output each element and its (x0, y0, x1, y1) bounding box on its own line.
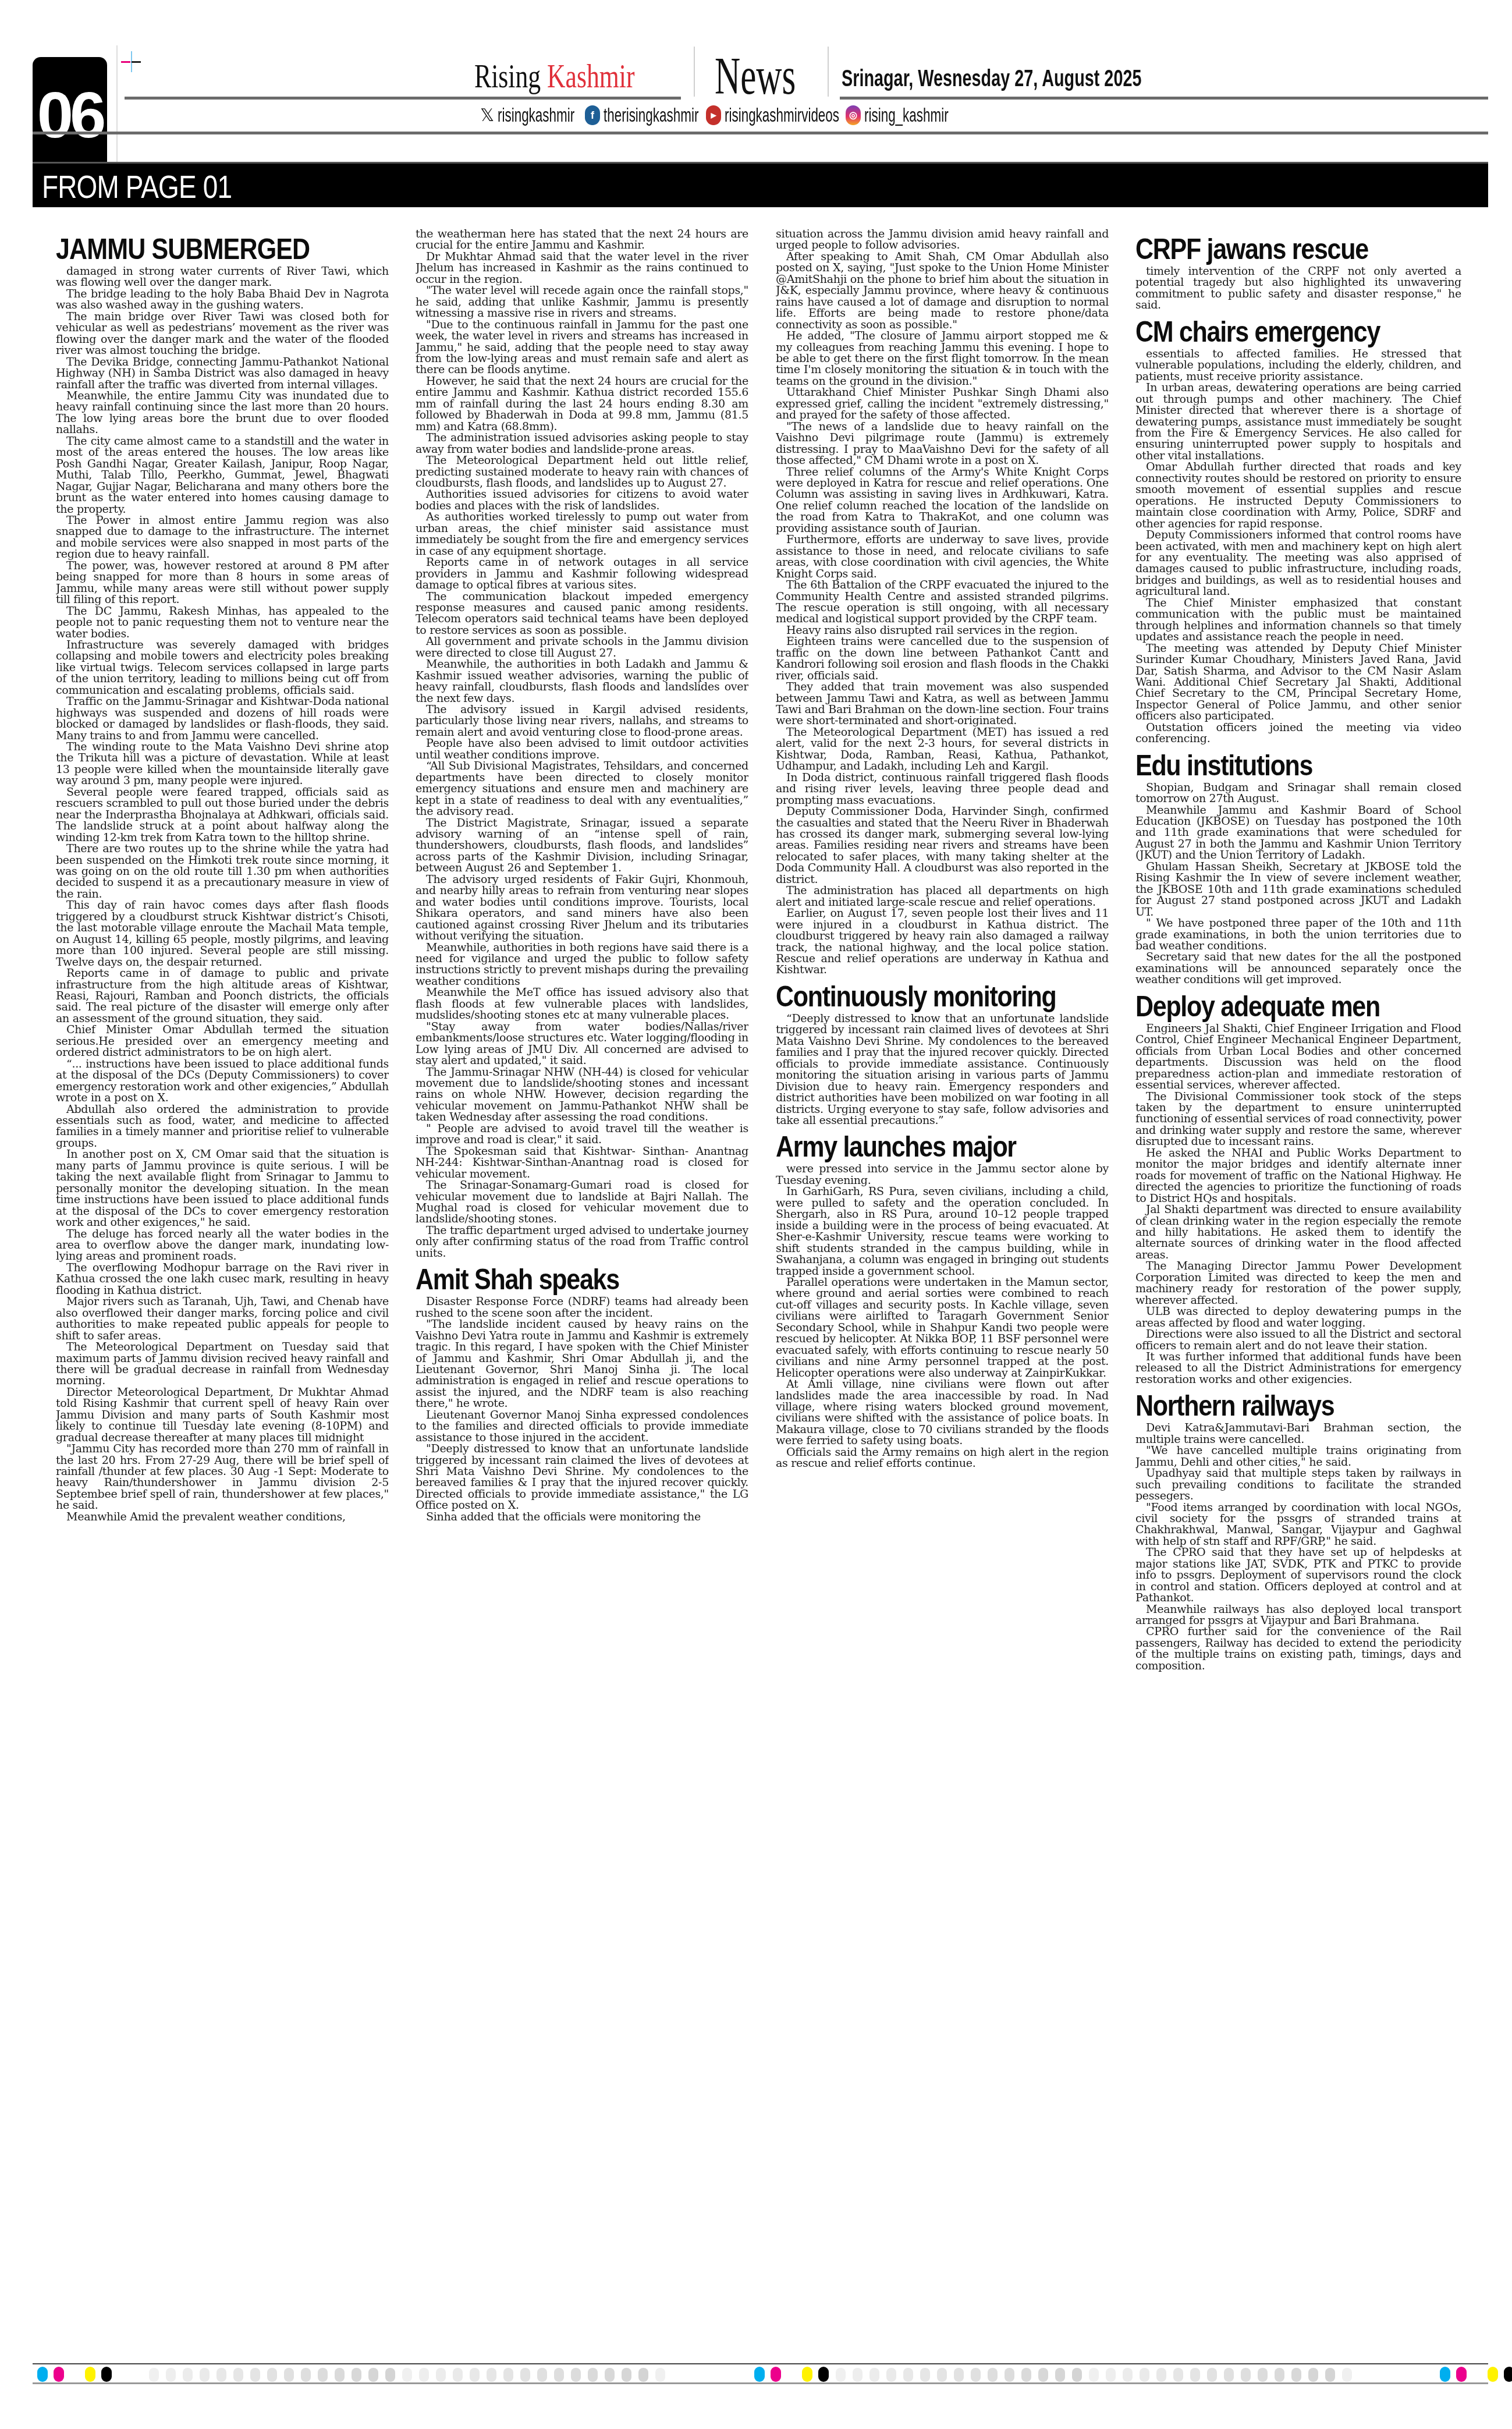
article-paragraph: "The water level will recede again once … (416, 285, 748, 318)
tint-patch (487, 2368, 496, 2382)
article-paragraph: Engineers Jal Shakti, Chief Engineer Irr… (1135, 1023, 1461, 1091)
color-patch (818, 2367, 829, 2382)
tint-patch (1224, 2368, 1234, 2382)
article-paragraph: "Jammu City has recorded more than 270 m… (56, 1443, 389, 1511)
article-headline: Army launches major (776, 1130, 1062, 1163)
article-paragraph: The DC Jammu, Rakesh Minhas, has appeale… (56, 605, 389, 639)
article-paragraph: There are two routes up to the shrine wh… (56, 843, 389, 899)
article-paragraph: Reports came in of damage to public and … (56, 967, 389, 1024)
article-paragraph: Uttarakhand Chief Minister Pushkar Singh… (776, 386, 1109, 420)
color-patch (802, 2367, 812, 2382)
tint-patch (233, 2368, 243, 2382)
article-paragraph: Jal Shakti department was directed to en… (1135, 1204, 1461, 1260)
tint-patch (149, 2368, 159, 2382)
article-paragraph: Disaster Response Force (NDRF) teams had… (416, 1296, 748, 1318)
article-paragraph: Lieutenant Governor Manoj Sinha expresse… (416, 1409, 748, 1443)
article-paragraph: In Doda district, continuous rainfall tr… (776, 772, 1109, 806)
tint-patch (605, 2368, 615, 2382)
article-paragraph: Devi Katra&Jammutavi-Bari Brahman sectio… (1135, 1422, 1461, 1445)
tint-patch (1038, 2368, 1048, 2382)
article-paragraph: However, he said that the next 24 hours … (416, 375, 748, 432)
social-youtube[interactable]: ▶ risingkashmirvideos (706, 104, 846, 127)
article-paragraph: Several people were feared trapped, offi… (56, 786, 389, 843)
article-paragraph: The Divisional Commissioner took stock o… (1135, 1091, 1461, 1147)
article-paragraph: Meanwhile the MeT office has issued advi… (416, 987, 748, 1020)
page-number-badge: 06 (33, 57, 107, 173)
color-patch (54, 2367, 64, 2382)
article-paragraph: "Deeply distressed to know that an unfor… (416, 1443, 748, 1511)
tint-patch (988, 2368, 998, 2382)
tint-patch (836, 2368, 846, 2382)
tint-patch (301, 2368, 311, 2382)
tint-patch (1291, 2368, 1301, 2382)
article-paragraph: The traffic department urged advised to … (416, 1225, 748, 1258)
masthead-logo: Rising Kashmir (474, 58, 634, 95)
article-paragraph: "Food items arranged by coordination wit… (1135, 1502, 1461, 1547)
social-handles: 𝕏 risingkashmir f therisingkashmir ▶ ris… (480, 104, 963, 127)
masthead-kashmir: Kashmir (547, 59, 634, 95)
dateline: Srinagar, Wesnesday 27, August 2025 (842, 64, 1141, 93)
article-paragraph: The city came almost came to a standstil… (56, 435, 389, 515)
tint-patch (886, 2368, 896, 2382)
article-headline: Continuously monitoring (776, 980, 1062, 1013)
article-paragraph: He added, "The closure of Jammu airport … (776, 330, 1109, 386)
tint-patch (419, 2368, 429, 2382)
tint-patch (1173, 2368, 1183, 2382)
tint-patch (216, 2368, 226, 2382)
tint-patch (1325, 2368, 1335, 2382)
article-paragraph: They added that train movement was also … (776, 681, 1109, 726)
article-paragraph: Meanwhile Amid the prevalent weather con… (56, 1511, 389, 1522)
article-paragraph: Infrastructure was severely damaged with… (56, 639, 389, 696)
article-paragraph: The winding route to the Mata Vaishno De… (56, 741, 389, 786)
tint-patch (318, 2368, 328, 2382)
article-paragraph: The District Magistrate, Srinagar, issue… (416, 817, 748, 874)
header-divider (694, 47, 695, 97)
article-paragraph: Parallel operations were undertaken in t… (776, 1276, 1109, 1378)
tint-patch (503, 2368, 513, 2382)
social-x[interactable]: 𝕏 risingkashmir (480, 104, 585, 127)
article-paragraph: Director Meteorological Department, Dr M… (56, 1387, 389, 1443)
tint-patch (200, 2368, 210, 2382)
article-paragraph: CPRO further said for the convenience of… (1135, 1626, 1461, 1671)
article-paragraph: The Srinagar-Sonamarg-Gumari road is clo… (416, 1179, 748, 1225)
article-paragraph: People have also been advised to limit o… (416, 737, 748, 760)
article-paragraph: The advisory urged residents of Fakir Gu… (416, 874, 748, 942)
article-paragraph: The Meteorological Department on Tuesday… (56, 1341, 389, 1387)
tint-patch (1275, 2368, 1284, 2382)
article-paragraph: The Meteorological Department held out l… (416, 455, 748, 488)
tint-patch (470, 2368, 480, 2382)
article-headline: Northern railways (1135, 1389, 1416, 1422)
article-paragraph: essentials to affected families. He stre… (1135, 348, 1461, 382)
tint-patch (853, 2368, 863, 2382)
tint-patch (368, 2368, 378, 2382)
article-paragraph: Abdullah also ordered the administration… (56, 1104, 389, 1149)
tint-patch (571, 2368, 581, 2382)
tint-patch (1258, 2368, 1268, 2382)
article-paragraph: Meanwhile, the entire Jammu City was inu… (56, 390, 389, 435)
color-patch (85, 2367, 95, 2382)
section-name: News (715, 48, 796, 106)
article-paragraph: Secretary said that new dates for the al… (1135, 951, 1461, 985)
article-paragraph: In GarhiGarh, RS Pura, seven civilians, … (776, 1186, 1109, 1276)
tint-patch (453, 2368, 463, 2382)
social-handle: risingkashmir (498, 104, 555, 127)
article-paragraph: "The news of a landslide due to heavy ra… (776, 421, 1109, 466)
article-column-1: JAMMU SUBMERGEDdamaged in strong water c… (56, 228, 389, 2347)
tint-patch (166, 2368, 176, 2382)
color-patch (1504, 2367, 1512, 2382)
article-paragraph: Meanwhile, authorities in both regions h… (416, 942, 748, 987)
article-paragraph: "We have cancelled multiple trains origi… (1135, 1445, 1461, 1467)
registration-mark-icon (121, 51, 142, 72)
article-column-4: CRPF jawans rescuetimely intervention of… (1135, 228, 1461, 2347)
article-paragraph: Authorities issued advisories for citize… (416, 488, 748, 511)
article-paragraph: ULB was directed to deploy dewatering pu… (1135, 1306, 1461, 1328)
tint-patch (1190, 2368, 1200, 2382)
tint-patch (937, 2368, 947, 2382)
facebook-icon: f (585, 105, 600, 125)
article-paragraph: After speaking to Amit Shah, CM Omar Abd… (776, 251, 1109, 330)
print-color-bar (33, 2363, 1488, 2384)
article-paragraph: All government and private schools in th… (416, 636, 748, 658)
article-paragraph: The deluge has forced nearly all the wat… (56, 1228, 389, 1262)
tint-patch (1308, 2368, 1318, 2382)
article-paragraph: The 6th Battalion of the CRPF evacuated … (776, 579, 1109, 625)
tint-patch (385, 2368, 395, 2382)
article-paragraph: “All Sub Divisional Magistrates, Tehsild… (416, 760, 748, 817)
article-paragraph: The main bridge over River Tawi was clos… (56, 311, 389, 356)
tint-patch (537, 2368, 547, 2382)
tint-patch (1207, 2368, 1217, 2382)
article-paragraph: Three relief columns of the Army's White… (776, 466, 1109, 534)
article-column-3: situation across the Jammu division amid… (776, 228, 1109, 2347)
tint-patch (920, 2368, 930, 2382)
article-paragraph: damaged in strong water currents of Rive… (56, 265, 389, 288)
article-paragraph: " People are advised to avoid travel til… (416, 1123, 748, 1146)
article-paragraph: The overflowing Modhopur barrage on the … (56, 1262, 389, 1296)
masthead-rising: Rising (474, 59, 541, 95)
article-paragraph: " We have postponed three paper of the 1… (1135, 917, 1461, 951)
section-bar-label: FROM PAGE 01 (42, 171, 232, 203)
article-paragraph: Chief Minister Omar Abdullah termed the … (56, 1024, 389, 1058)
header-divider (828, 47, 829, 97)
article-paragraph: Deputy Commissioner Doda, Harvinder Sing… (776, 806, 1109, 885)
tint-patch (520, 2368, 530, 2382)
article-paragraph: The meeting was attended by Deputy Chief… (1135, 643, 1461, 722)
color-patch (37, 2367, 48, 2382)
tint-patch (1021, 2368, 1031, 2382)
article-paragraph: Eighteen trains were cancelled due to th… (776, 636, 1109, 681)
article-headline: Edu institutions (1135, 749, 1416, 782)
article-paragraph: The Chief Minister emphasized that const… (1135, 597, 1461, 643)
article-headline: CRPF jawans rescue (1135, 233, 1416, 265)
tint-patch (554, 2368, 564, 2382)
tint-patch (869, 2368, 879, 2382)
article-paragraph: Sinha added that the officials were moni… (416, 1511, 748, 1522)
x-icon: 𝕏 (480, 105, 494, 125)
article-paragraph: This day of rain havoc comes days after … (56, 899, 389, 967)
article-paragraph: As authorities worked tirelessly to pump… (416, 511, 748, 556)
tint-patch (284, 2368, 294, 2382)
article-paragraph: The bridge leading to the holy Baba Bhai… (56, 288, 389, 311)
article-paragraph: “Deeply distressed to know that an unfor… (776, 1013, 1109, 1126)
article-paragraph: "The landslide incident caused by heavy … (416, 1318, 748, 1409)
article-paragraph: The communication blackout impeded emerg… (416, 591, 748, 636)
section-bar: FROM PAGE 01 (33, 162, 1488, 207)
article-paragraph: the weatherman here has stated that the … (416, 228, 748, 251)
article-paragraph: Meanwhile Jammu and Kashmir Board of Sch… (1135, 804, 1461, 861)
article-paragraph: Upadhyay said that multiple steps taken … (1135, 1467, 1461, 1501)
color-patch (771, 2367, 781, 2382)
tint-patch (1055, 2368, 1065, 2382)
article-paragraph: Meanwhile railways has also deployed loc… (1135, 1604, 1461, 1626)
article-paragraph: The Managing Director Jammu Power Develo… (1135, 1260, 1461, 1306)
social-facebook[interactable]: f therisingkashmir (585, 104, 706, 127)
article-headline: JAMMU SUBMERGED (56, 233, 342, 265)
tint-patch (1005, 2368, 1014, 2382)
header-rule (840, 97, 1488, 100)
article-paragraph: "Due to the continuous rainfall in Jammu… (416, 319, 748, 375)
color-patch (1456, 2367, 1467, 2382)
tint-patch (655, 2368, 665, 2382)
tint-patch (588, 2368, 598, 2382)
article-paragraph: Dr Mukhtar Ahmad said that the water lev… (416, 251, 748, 285)
tint-patch (1241, 2368, 1251, 2382)
social-handle: rising_kashmir (864, 104, 929, 127)
tint-patch (352, 2368, 361, 2382)
color-patch (1440, 2367, 1450, 2382)
article-paragraph: The advisory issued in Kargil advised re… (416, 704, 748, 737)
tint-patch (1156, 2368, 1166, 2382)
header-bottom-rule (33, 132, 1488, 134)
article-paragraph: Omar Abdullah further directed that road… (1135, 461, 1461, 529)
article-paragraph: The Meteorological Department (MET) has … (776, 726, 1109, 772)
article-paragraph: In urban areas, dewatering operations ar… (1135, 382, 1461, 461)
tint-patch (971, 2368, 981, 2382)
tint-patch (1089, 2368, 1099, 2382)
tint-patch (183, 2368, 193, 2382)
article-paragraph: It was further informed that additional … (1135, 1351, 1461, 1385)
article-paragraph: The administration has placed all depart… (776, 885, 1109, 907)
article-paragraph: The Devika Bridge, connecting Jammu-Path… (56, 356, 389, 390)
article-paragraph: The Jammu-Srinagar NHW (NH-44) is closed… (416, 1066, 748, 1123)
header-rule (125, 97, 681, 100)
article-paragraph: Directions were also issued to all the D… (1135, 1328, 1461, 1351)
article-paragraph: Major rivers such as Taranah, Ujh, Tawi,… (56, 1296, 389, 1341)
social-handle: therisingkashmir (604, 104, 671, 127)
article-paragraph: Officials said the Army remains on high … (776, 1446, 1109, 1469)
article-paragraph: The power, was, however restored at arou… (56, 560, 389, 605)
article-paragraph: Earlier, on August 17, seven people lost… (776, 907, 1109, 976)
article-paragraph: were pressed into service in the Jammu s… (776, 1163, 1109, 1186)
article-paragraph: "Stay away from water bodies/Nallas/rive… (416, 1021, 748, 1066)
tint-patch (1342, 2368, 1352, 2382)
article-paragraph: Reports came in of network outages in al… (416, 556, 748, 590)
article-paragraph: At Amli village, nine civilians were flo… (776, 1378, 1109, 1446)
tint-patch (267, 2368, 277, 2382)
article-paragraph: He asked the NHAI and Public Works Depar… (1135, 1147, 1461, 1204)
tint-patch (1072, 2368, 1082, 2382)
color-patch (101, 2367, 112, 2382)
article-paragraph: The administration issued advisories ask… (416, 432, 748, 455)
tint-patch (402, 2368, 412, 2382)
tint-patch (1140, 2368, 1149, 2382)
social-handle: risingkashmirvideos (725, 104, 804, 127)
article-column-2: the weatherman here has stated that the … (416, 228, 748, 2347)
tint-patch (954, 2368, 964, 2382)
article-paragraph: In another post on X, CM Omar said that … (56, 1148, 389, 1228)
youtube-icon: ▶ (706, 105, 721, 125)
article-paragraph: Outstation officers joined the meeting v… (1135, 722, 1461, 744)
article-headline: CM chairs emergency (1135, 315, 1416, 348)
tint-patch (250, 2368, 260, 2382)
article-paragraph: Traffic on the Jammu-Srinagar and Kishtw… (56, 696, 389, 741)
article-headline: Amit Shah speaks (416, 1263, 702, 1296)
badge-divider (116, 45, 118, 179)
article-paragraph: Meanwhile, the authorities in both Ladak… (416, 658, 748, 704)
instagram-icon: ◎ (846, 105, 861, 125)
article-paragraph: Deputy Commissioners informed that contr… (1135, 529, 1461, 597)
article-paragraph: Ghulam Hassan Sheikh, Secretary at JKBOS… (1135, 861, 1461, 917)
social-instagram[interactable]: ◎ rising_kashmir (846, 104, 963, 127)
tint-patch (436, 2368, 446, 2382)
tint-patch (622, 2368, 631, 2382)
article-paragraph: situation across the Jammu division amid… (776, 228, 1109, 251)
tint-patch (638, 2368, 648, 2382)
tint-patch (335, 2368, 345, 2382)
tint-patch (903, 2368, 913, 2382)
tint-patch (1106, 2368, 1116, 2382)
color-patch (1488, 2367, 1498, 2382)
article-paragraph: timely intervention of the CRPF not only… (1135, 265, 1461, 311)
article-paragraph: Furthermore, efforts are underway to sav… (776, 534, 1109, 579)
article-paragraph: The Power in almost entire Jammu region … (56, 515, 389, 560)
article-paragraph: The CPRO said that they have set up of h… (1135, 1547, 1461, 1603)
color-patch (754, 2367, 765, 2382)
article-paragraph: The Spokesman said that Kishtwar- Sintha… (416, 1146, 748, 1179)
article-headline: Deploy adequate men (1135, 990, 1416, 1023)
tint-patch (1123, 2368, 1133, 2382)
article-paragraph: Shopian, Budgam and Srinagar shall remai… (1135, 782, 1461, 804)
article-paragraph: “... instructions have been issued to pl… (56, 1058, 389, 1104)
